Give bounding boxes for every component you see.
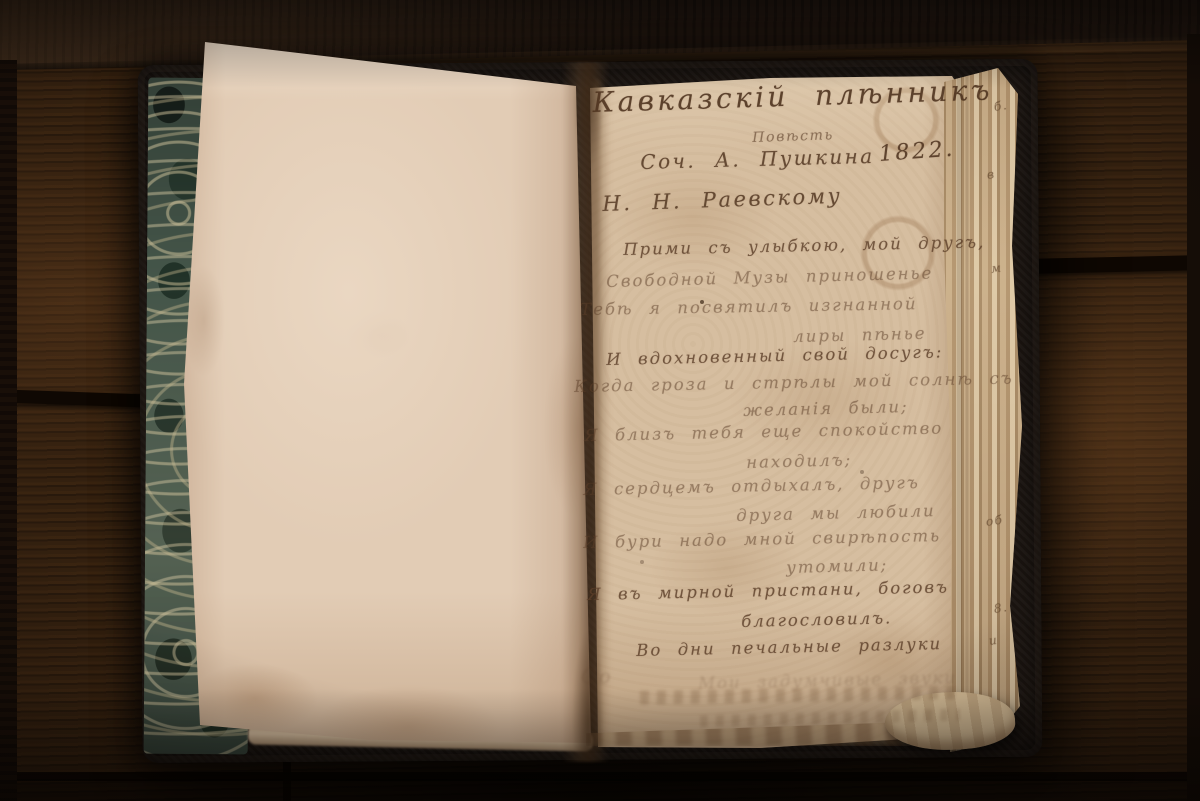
- poem-line: Я близъ тебя еще спокойство: [584, 418, 943, 445]
- poem-line: Я въ мирной пристани, боговъ: [587, 577, 949, 604]
- poem-line: друга мы любили: [736, 501, 936, 525]
- manuscript-title: Кавказскій плѣнникъ: [592, 73, 993, 119]
- edge-text-fragment: об: [985, 513, 1004, 529]
- edge-text-fragment: в: [986, 167, 996, 182]
- manuscript-subtitle: Повѣсть: [752, 127, 834, 146]
- handwriting-layer: Кавказскій плѣнникъ Повѣсть Соч. А. Пушк…: [0, 0, 1200, 801]
- manuscript-author-line: Соч. А. Пушкина: [640, 144, 875, 174]
- edge-text-fragment: и: [988, 633, 999, 648]
- poem-line: Свободной Музы приношенье: [606, 263, 933, 291]
- poem-line: утомили;: [786, 555, 888, 577]
- dedication-heading: Н. Н. Раевскому: [602, 184, 843, 216]
- poem-line: Прими съ улыбкою, мой другъ,: [623, 232, 985, 259]
- manuscript-year: 1822.: [878, 137, 956, 167]
- poem-line: благословилъ.: [741, 608, 893, 631]
- poem-line: Когда гроза и стрѣлы мой солнѣ съ: [574, 369, 1014, 396]
- edge-text-fragment: м: [990, 260, 1003, 275]
- poem-line: желанія были;: [743, 397, 909, 420]
- ghost-fragment: Со: [581, 664, 613, 688]
- poem-line: И вдохновенный свой досугъ:: [606, 342, 943, 369]
- poem-line: Я сердцемъ отдыхалъ, другъ: [583, 473, 920, 499]
- ghost-writing-trace: [700, 709, 960, 728]
- edge-text-fragment: б.: [993, 98, 1009, 114]
- poem-line: И бури надо мной свирѣпость: [583, 526, 941, 552]
- ghost-writing-trace: [640, 685, 960, 705]
- poem-line: Тебѣ я посвятилъ изгнанной: [580, 294, 918, 319]
- poem-line: находилъ;: [746, 450, 852, 472]
- photo-open-manuscript-book: Кавказскій плѣнникъ Повѣсть Соч. А. Пушк…: [0, 0, 1200, 801]
- poem-line: Во дни печальные разлуки: [636, 634, 942, 660]
- edge-text-fragment: 8.: [993, 600, 1009, 616]
